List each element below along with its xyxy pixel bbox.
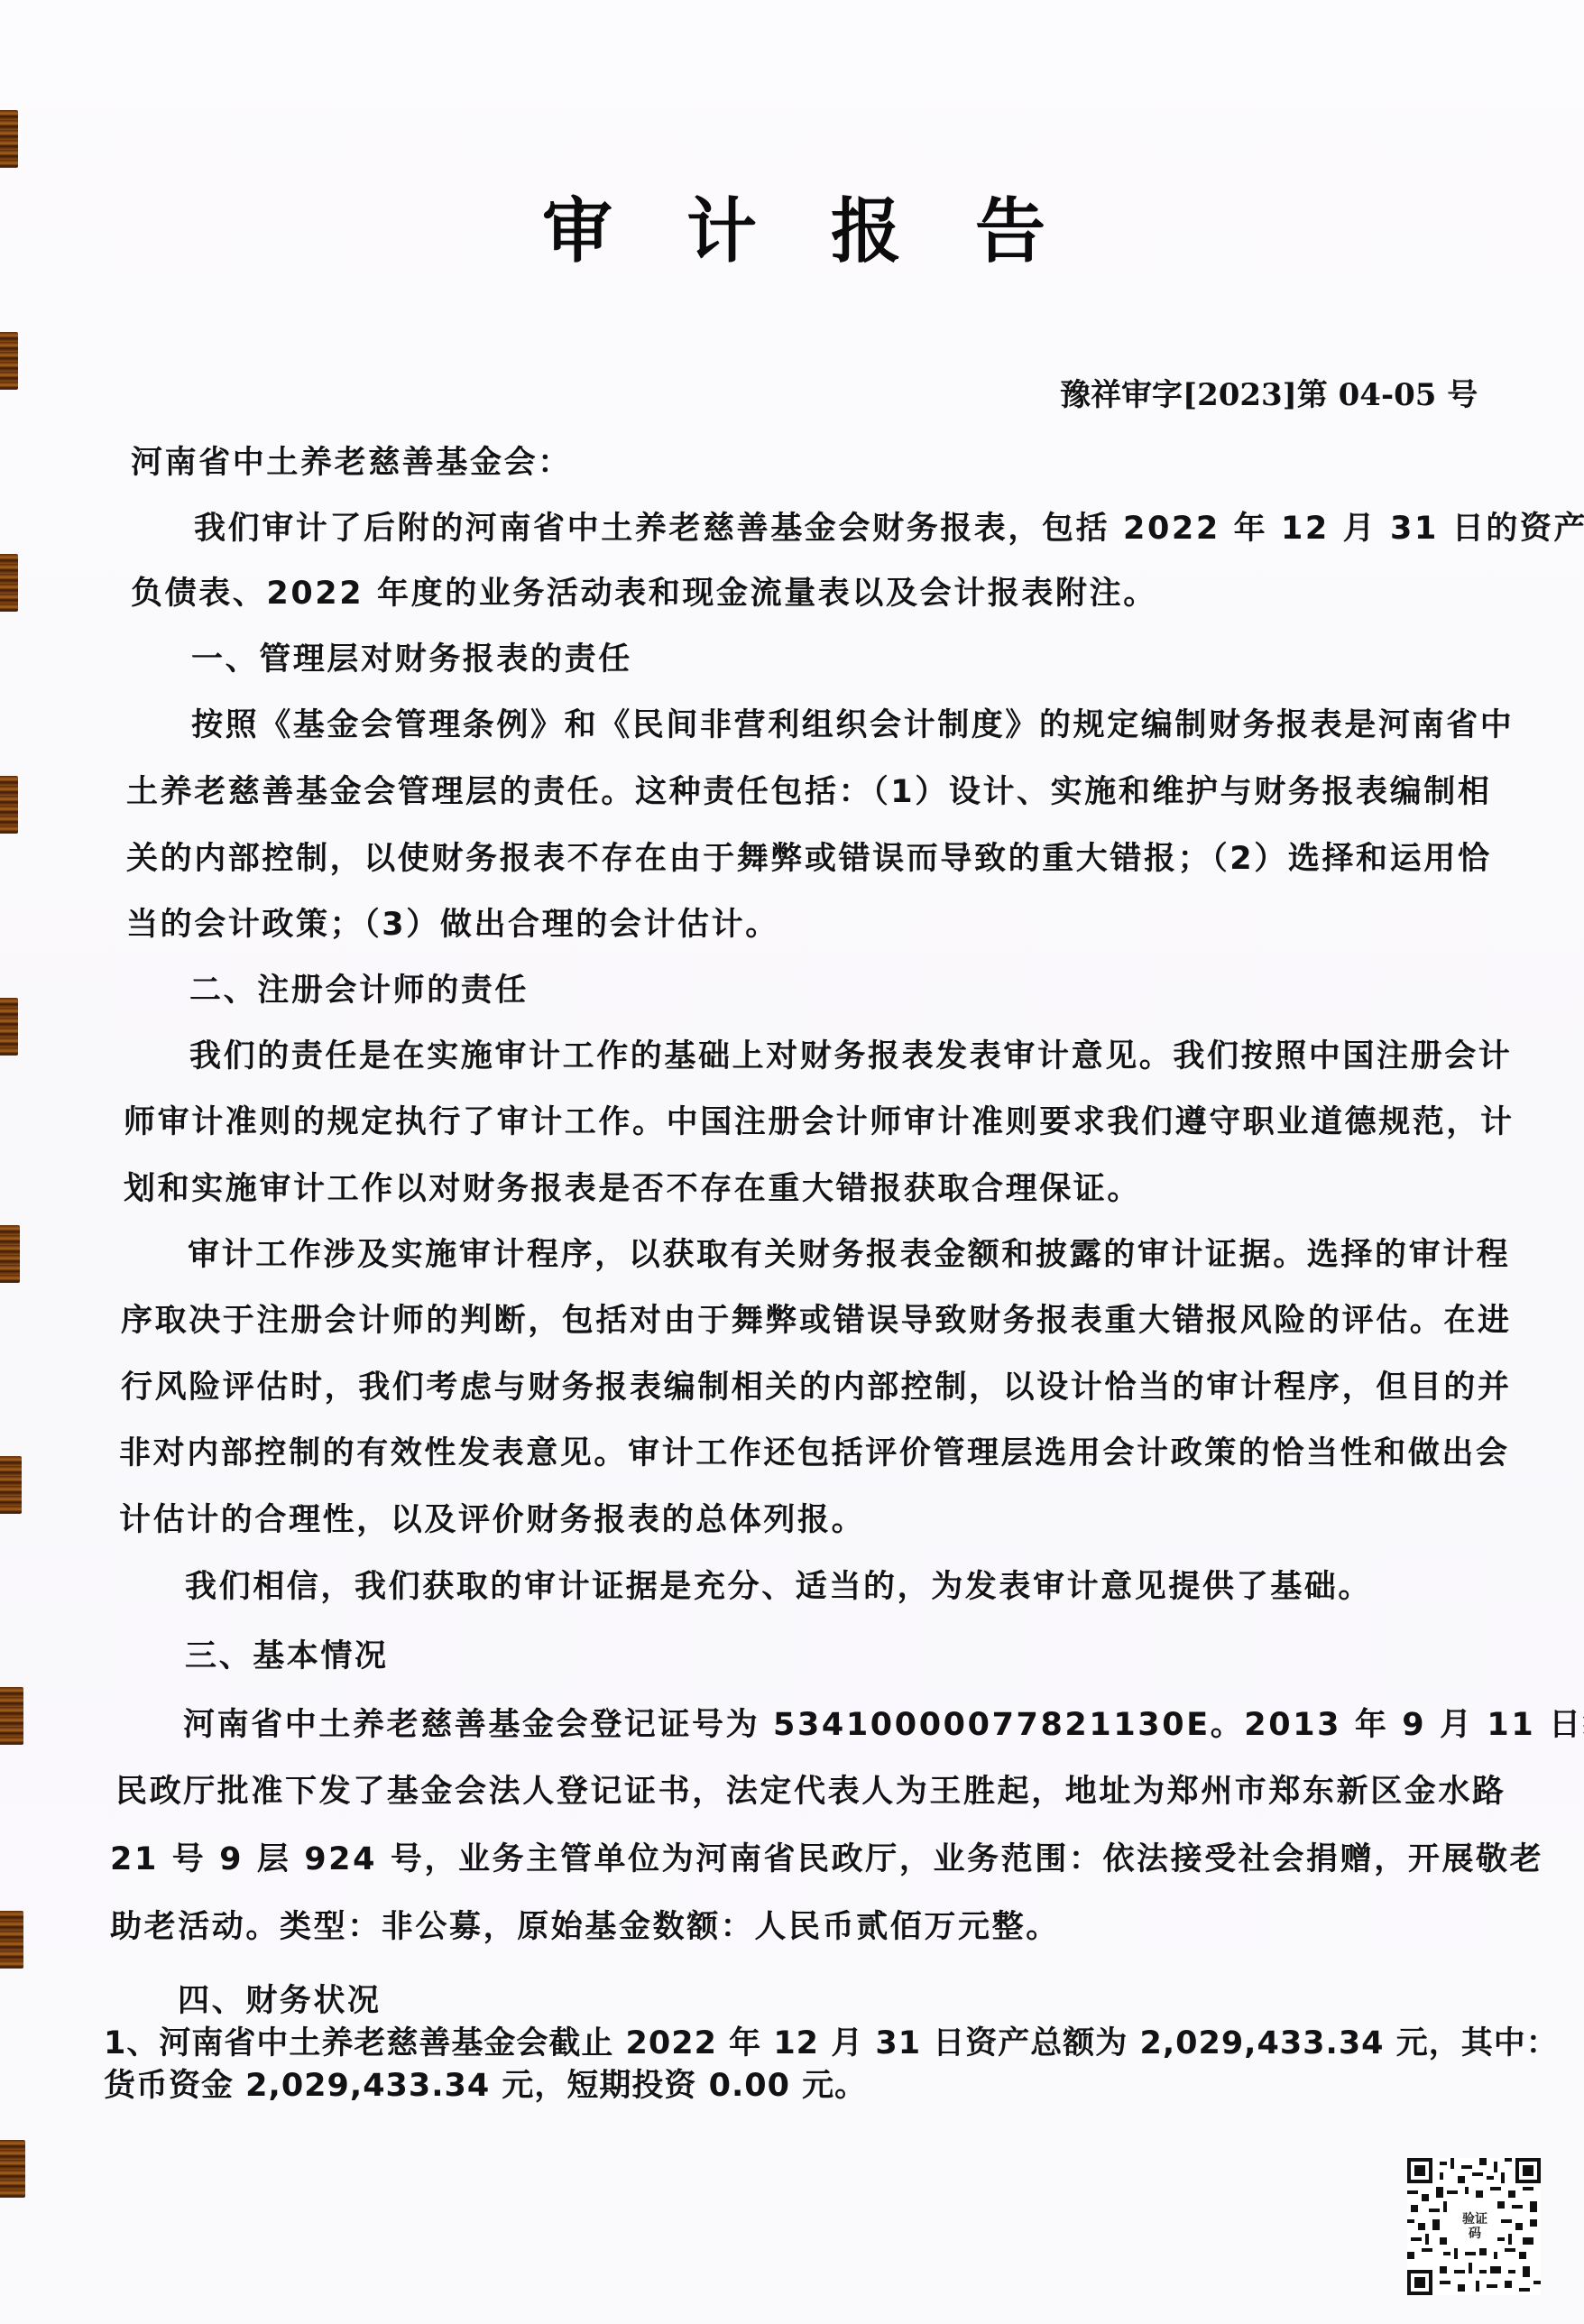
- section-heading: 三、基本情况: [185, 1631, 389, 1676]
- section-heading: 二、注册会计师的责任: [189, 965, 529, 1010]
- paragraph-line: 审计工作涉及实施审计程序，以获取有关财务报表金额和披露的审计证据。选择的审计程: [188, 1230, 1510, 1275]
- paragraph-line: 负债表、2022 年度的业务活动表和现金流量表以及会计报表附注。: [131, 568, 1157, 613]
- section-heading: 一、管理层对财务报表的责任: [191, 634, 632, 679]
- binder-mark: [0, 1456, 22, 1514]
- binder-mark: [0, 2140, 25, 2198]
- title-char: 计: [686, 175, 758, 276]
- paragraph-line: 河南省中土养老慈善基金会登记证号为 53410000077821130E。201…: [183, 1700, 1584, 1745]
- verification-qr-code[interactable]: 验证码: [1407, 2158, 1541, 2295]
- paragraph-line: 非对内部控制的有效性发表意见。审计工作还包括评价管理层选用会计政策的恰当性和做出…: [119, 1428, 1510, 1473]
- salutation: 河南省中土养老慈善基金会：: [131, 438, 572, 483]
- paragraph-line: 民政厅批准下发了基金会法人登记证书，法定代表人为王胜起，地址为郑州市郑东新区金水…: [115, 1766, 1506, 1812]
- financial-line: 1、河南省中土养老慈善基金会截止 2022 年 12 月 31 日资产总额为 2…: [104, 2018, 1559, 2063]
- section-heading: 四、财务状况: [178, 1976, 382, 2021]
- paragraph-line: 行风险评估时，我们考虑与财务报表编制相关的内部控制，以设计恰当的审计程序，但目的…: [121, 1362, 1512, 1407]
- paragraph-line: 我们审计了后附的河南省中土养老慈善基金会财务报表，包括 2022 年 12 月 …: [194, 503, 1584, 549]
- binder-mark: [0, 776, 18, 834]
- qr-center-label: 验证码: [1460, 2212, 1490, 2243]
- paragraph-line: 关的内部控制，以使财务报表不存在由于舞弊或错误而导致的重大错报；（2）选择和运用…: [126, 834, 1491, 879]
- binder-mark: [0, 554, 18, 612]
- binder-mark: [0, 1225, 20, 1283]
- paragraph-line: 按照《基金会管理条例》和《民间非营利组织会计制度》的规定编制财务报表是河南省中: [191, 700, 1514, 745]
- paragraph-line: 我们相信，我们获取的审计证据是充分、适当的，为发表审计意见提供了基础。: [185, 1562, 1372, 1607]
- title-char: 报: [830, 175, 902, 276]
- binder-mark: [0, 998, 18, 1056]
- document-title: 审 计 报 告: [541, 180, 1046, 271]
- paragraph-line: 助老活动。类型：非公募，原始基金数额：人民币贰佰万元整。: [110, 1902, 1060, 1947]
- paragraph-line: 我们的责任是在实施审计工作的基础上对财务报表发表审计意见。我们按照中国注册会计: [189, 1031, 1512, 1076]
- title-char: 告: [974, 175, 1046, 276]
- paragraph-line: 序取决于注册会计师的判断，包括对由于舞弊或错误导致财务报表重大错报风险的评估。在…: [121, 1296, 1512, 1341]
- financial-line: 货币资金 2,029,433.34 元，短期投资 0.00 元。: [104, 2061, 867, 2106]
- reference-number: 豫祥审字[2023]第 04-05 号: [1060, 370, 1448, 414]
- binder-mark: [0, 110, 18, 168]
- title-char: 审: [541, 175, 613, 276]
- binder-mark: [0, 332, 18, 390]
- paragraph-line: 计估计的合理性，以及评价财务报表的总体列报。: [119, 1495, 865, 1540]
- scanned-document-page: 审 计 报 告 豫祥审字[2023]第 04-05 号 河南省中土养老慈善基金会…: [0, 0, 1584, 2324]
- paragraph-line: 当的会计政策；（3）做出合理的会计估计。: [126, 899, 779, 945]
- paragraph-line: 师审计准则的规定执行了审计工作。中国注册会计师审计准则要求我们遵守职业道德规范，…: [124, 1097, 1515, 1142]
- paragraph-line: 划和实施审计工作以对财务报表是否不存在重大错报获取合理保证。: [124, 1164, 1141, 1209]
- binder-mark: [0, 1687, 23, 1745]
- binder-mark: [0, 1911, 23, 1969]
- paragraph-line: 21 号 9 层 924 号，业务主管单位为河南省民政厅，业务范围：依法接受社会…: [110, 1834, 1543, 1879]
- paragraph-line: 土养老慈善基金会管理层的责任。这种责任包括：（1）设计、实施和维护与财务报表编制…: [126, 767, 1491, 812]
